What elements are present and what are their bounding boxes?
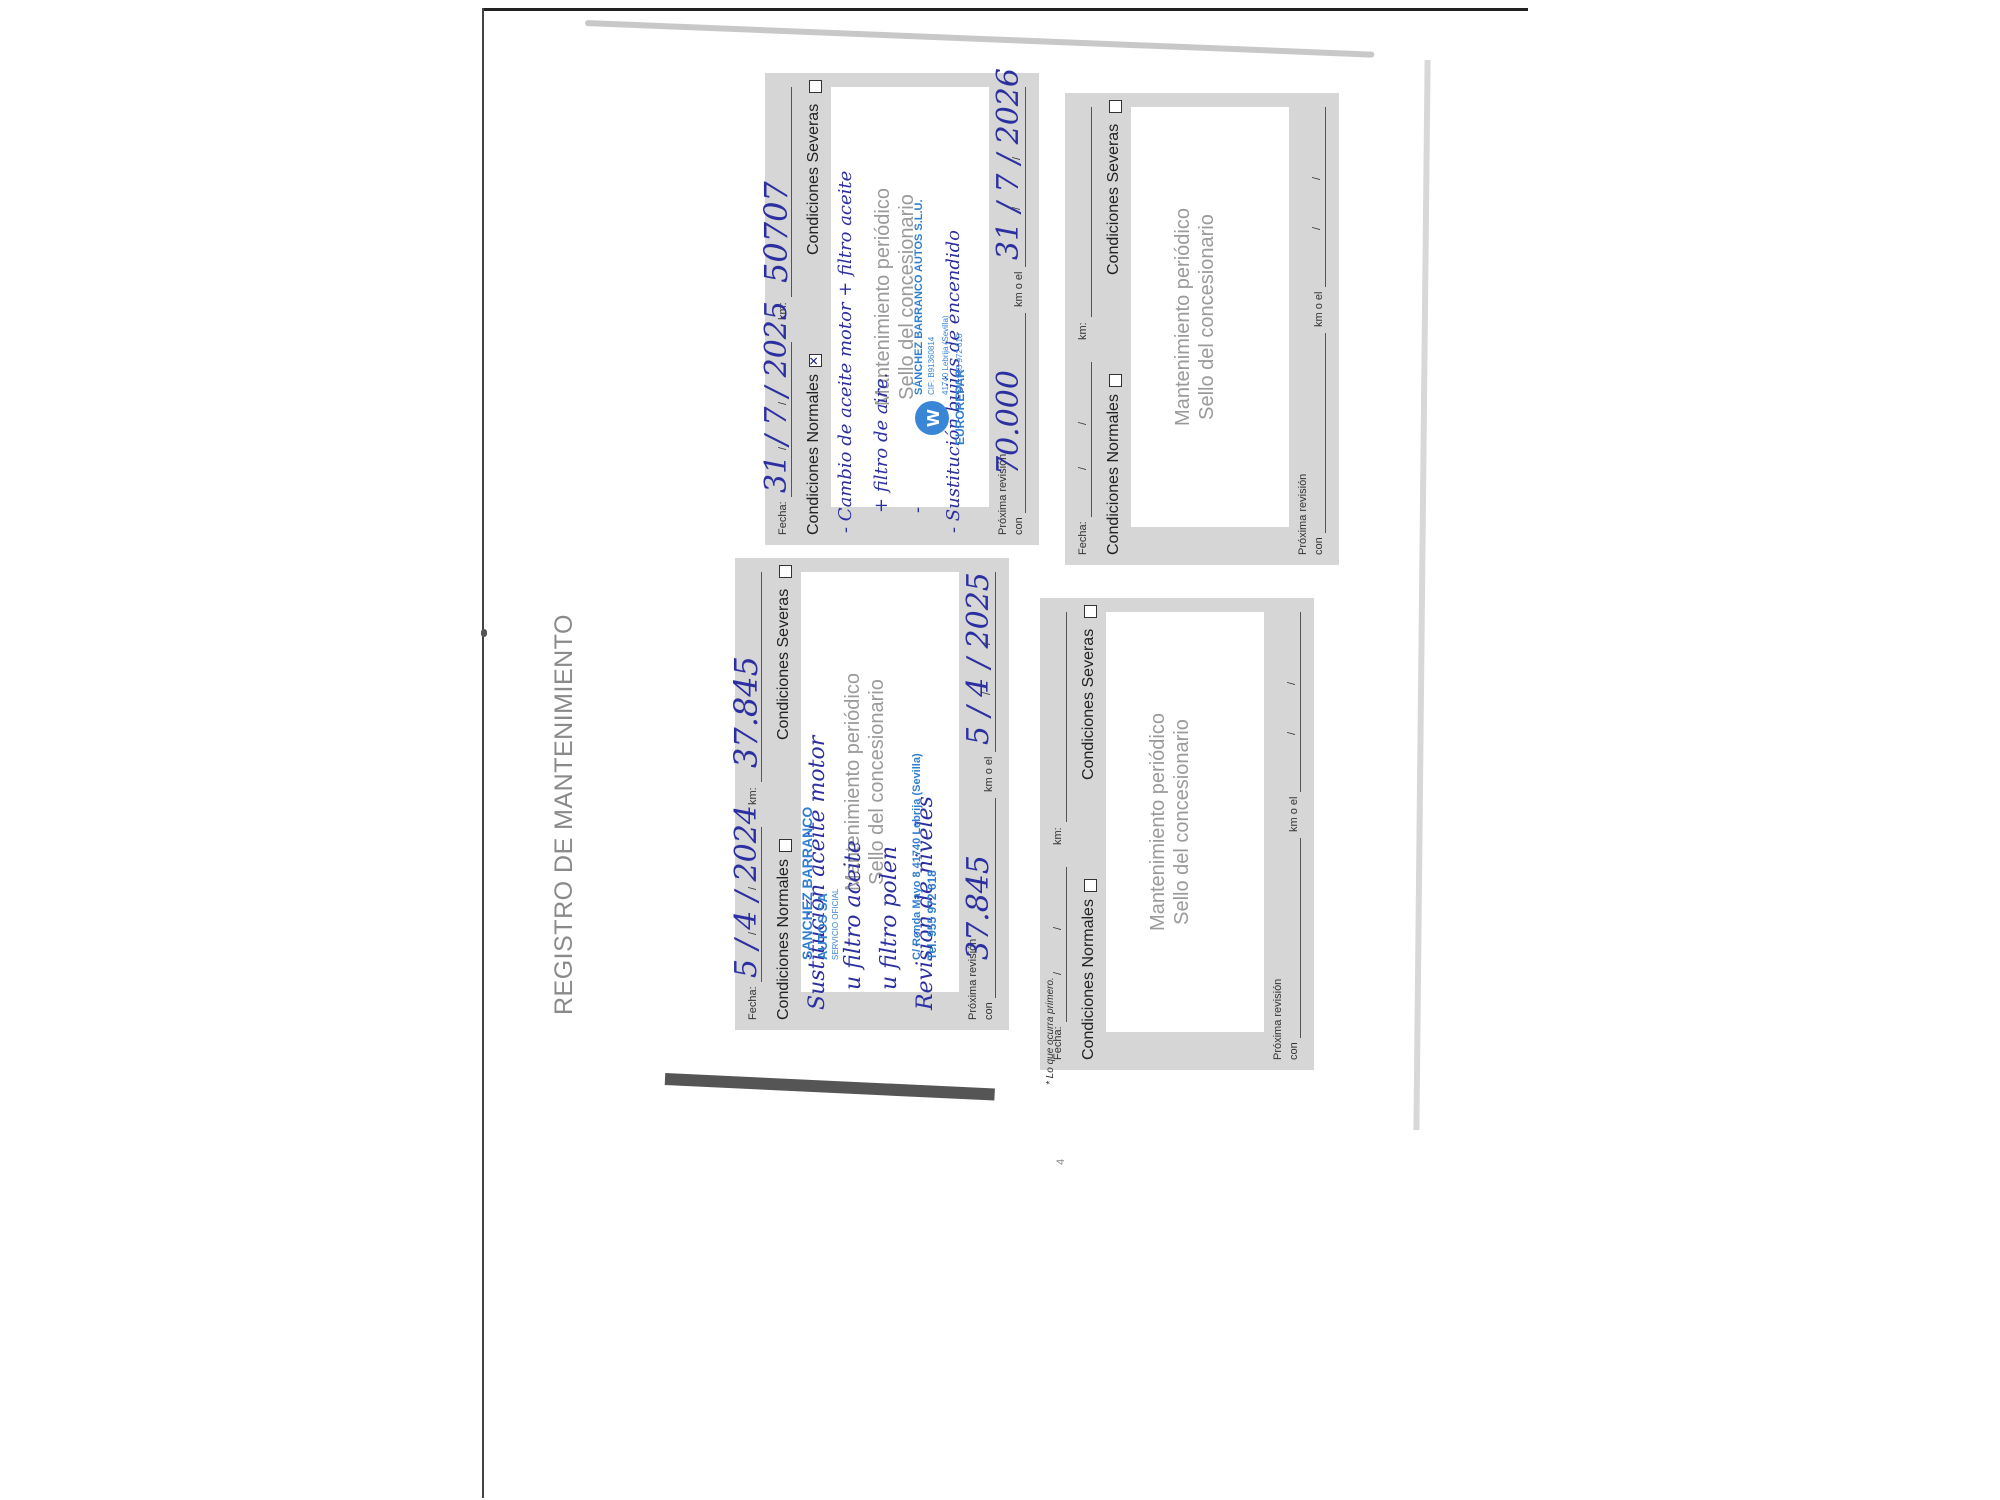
maintenance-card: Fecha://km:Condiciones NormalesCondicion… (1065, 93, 1339, 565)
km-label: km: (1052, 827, 1064, 845)
stamp-placeholder-line1: Mantenimiento periódico (1146, 612, 1170, 1032)
fecha-label: Fecha: (747, 986, 759, 1020)
page-number: 4 (1055, 1159, 1067, 1165)
stamp-name: SÁNCHEZ BARRANCO AUTOS S.L.U. (913, 199, 925, 395)
maintenance-card: Fecha://km:Condiciones NormalesCondicion… (1040, 598, 1314, 1070)
proxima-date-value[interactable]: 31 / 7 / 2026 (991, 68, 1026, 260)
proxima-date-line (1300, 612, 1301, 792)
con-label: con (1313, 537, 1325, 555)
condiciones-severas-label: Condiciones Severas (1105, 124, 1123, 275)
date-sep: / (1311, 177, 1323, 180)
fecha-value[interactable]: 31 / 7 / 2025 (759, 301, 794, 493)
condiciones-severas-checkbox[interactable] (1109, 100, 1122, 113)
dealer-stamp-area: Mantenimiento periódicoSello del concesi… (1131, 107, 1289, 527)
maintenance-card: Fecha://km:Condiciones NormalesCondicion… (735, 558, 1009, 1030)
km-value[interactable]: 37.845 (727, 656, 765, 768)
condiciones-normales-checkbox[interactable] (1084, 879, 1097, 892)
handwritten-note: - (907, 507, 928, 513)
stamp-placeholder-line1: Mantenimiento periódico (1171, 107, 1195, 527)
date-sep: / (1311, 227, 1323, 230)
fecha-label: Fecha: (777, 501, 789, 535)
proxima-km-value[interactable]: 70.000 (991, 370, 1026, 475)
fecha-value[interactable]: 5 / 4 / 2024 (729, 805, 764, 978)
condiciones-normales-checkbox[interactable] (809, 354, 822, 367)
condiciones-severas-checkbox[interactable] (1084, 605, 1097, 618)
date-sep: / (1077, 467, 1089, 470)
km-o-el-label: km o el (1313, 292, 1325, 327)
stamp-name: SANCHEZ BARRANCO (799, 807, 815, 960)
stamp-phone: Tel. 955 972 618 (925, 870, 939, 960)
date-sep: / (1286, 682, 1298, 685)
fecha-line (1066, 867, 1067, 1022)
fecha-line (1091, 362, 1092, 517)
stamp-cif: CIF: B91360814 (927, 337, 936, 395)
stamp-service: SERVICIO OFICIAL (831, 889, 840, 960)
proxima-km-line (1325, 333, 1326, 533)
handwritten-note: u filtro aceite (841, 840, 866, 990)
condiciones-severas-checkbox[interactable] (779, 565, 792, 578)
date-sep: / (1052, 972, 1064, 975)
condiciones-severas-label: Condiciones Severas (1080, 629, 1098, 780)
condiciones-normales-label: Condiciones Normales (805, 374, 823, 535)
km-o-el-label: km o el (983, 757, 995, 792)
maintenance-card: Fecha://km:Condiciones NormalesCondicion… (765, 73, 1039, 545)
km-value[interactable]: 50707 (757, 181, 795, 283)
proxima-km-value[interactable]: 37.845 (961, 855, 996, 960)
page-edge-right (1413, 60, 1430, 1130)
proxima-date-value[interactable]: 5 / 4 / 2025 (961, 572, 996, 745)
km-label: km: (747, 787, 759, 805)
handwritten-note: u filtro polen (877, 846, 902, 990)
km-line (1091, 107, 1092, 317)
stamp-placeholder-line2: Sello del concesionario (1195, 107, 1219, 527)
date-sep: / (1286, 732, 1298, 735)
condiciones-normales-checkbox[interactable] (1109, 374, 1122, 387)
condiciones-severas-checkbox[interactable] (809, 80, 822, 93)
km-line (1066, 612, 1067, 822)
proxima-km-line (1300, 838, 1301, 1038)
dealer-stamp-area: Mantenimiento periódicoSello del concesi… (1106, 612, 1264, 1032)
condiciones-normales-label: Condiciones Normales (1080, 899, 1098, 1060)
handwritten-note: + filtro de aire. (871, 373, 892, 513)
footnote: * Lo que ocurra primero. (1045, 977, 1056, 1085)
stamp-phone: Telf. 955 972 618 (955, 334, 964, 395)
stamp-address: C/ Ronda Mayo 8 41740 Lebrija (Sevilla) (911, 753, 923, 960)
page-title: REGISTRO DE MANTENIMIENTO (550, 614, 579, 1015)
con-label: con (1013, 517, 1025, 535)
date-sep: / (1077, 422, 1089, 425)
condiciones-normales-checkbox[interactable] (779, 839, 792, 852)
con-label: con (983, 1002, 995, 1020)
proxima-date-line (1325, 107, 1326, 287)
scan-edge-left (482, 8, 484, 1498)
proxima-revision-label: Próxima revisión (1272, 979, 1284, 1060)
km-o-el-label: km o el (1288, 797, 1300, 832)
con-label: con (1288, 1042, 1300, 1060)
proxima-revision-label: Próxima revisión (1297, 474, 1309, 555)
handwritten-note: - Cambio de aceite motor + filtro aceite (835, 171, 856, 533)
eurorepar-logo-icon: w (915, 401, 949, 435)
maintenance-record-page: REGISTRO DE MANTENIMIENTO Fecha://km:Con… (700, 0, 1400, 1085)
km-o-el-label: km o el (1013, 272, 1025, 307)
fecha-label: Fecha: (1077, 521, 1089, 555)
condiciones-normales-label: Condiciones Normales (775, 859, 793, 1020)
stamp-placeholder-line2: Sello del concesionario (1170, 612, 1194, 1032)
stamp-company: AUTOS SA (815, 893, 830, 960)
stamp-address: 41740 Lebrija (Sevilla) (941, 315, 950, 395)
date-sep: / (1052, 927, 1064, 930)
scan-dust-mark (481, 629, 487, 637)
condiciones-severas-label: Condiciones Severas (775, 589, 793, 740)
km-label: km: (1077, 322, 1089, 340)
condiciones-normales-label: Condiciones Normales (1105, 394, 1123, 555)
condiciones-severas-label: Condiciones Severas (805, 104, 823, 255)
